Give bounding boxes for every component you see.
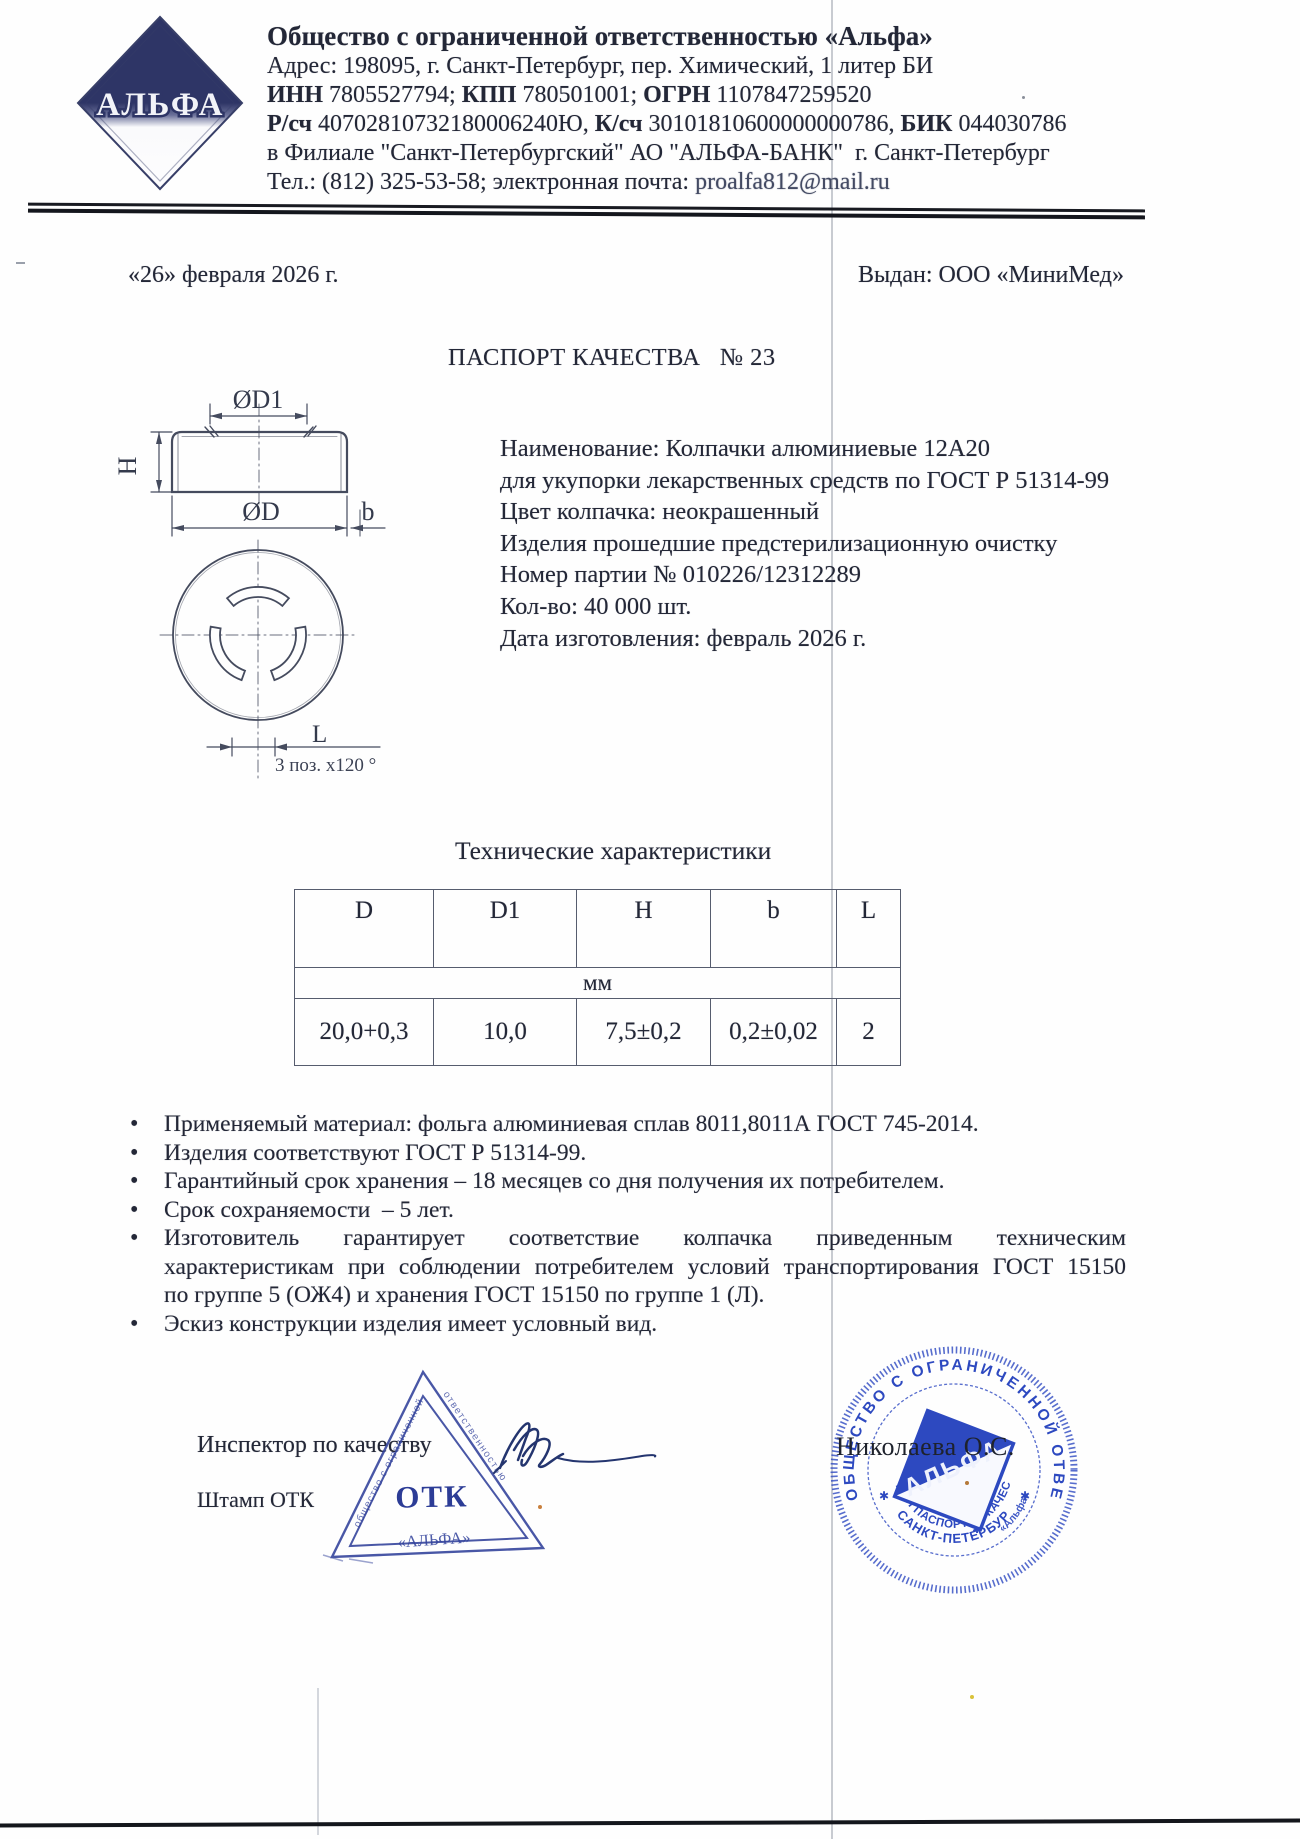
note-material: Применяемый материал: фольга алюминиевая…: [164, 1110, 1126, 1139]
dim-l: [207, 738, 380, 756]
quantity: Кол-во: 40 000 шт.: [500, 591, 1140, 623]
note-guarantee-line2: характеристикам при соблюдении потребите…: [164, 1253, 1126, 1282]
issued-to: Выдан: ООО «МиниМед»: [858, 262, 1124, 289]
spec-unit-row: мм: [295, 968, 901, 999]
bullet-icon: •: [112, 1310, 164, 1339]
header-divider: [28, 203, 1145, 220]
contacts: Тел.: (812) 325-53-58; электронная почта…: [267, 168, 1167, 197]
bullet-icon: •: [112, 1196, 164, 1225]
quality-passport-page: АЛЬФА Общество с ограниченной ответствен…: [0, 0, 1300, 1839]
letterhead: Общество с ограниченной ответственностью…: [267, 20, 1167, 197]
ogrn-value: 1107847259520: [710, 82, 871, 108]
bullet-icon: •: [112, 1224, 164, 1310]
dim-label-l: L: [312, 721, 327, 748]
kpp-label: КПП: [462, 82, 517, 108]
rs-label: Р/сч: [267, 111, 312, 137]
company-address: Адрес: 198095, г. Санкт-Петербург, пер. …: [267, 52, 1167, 81]
scan-speck: [965, 1481, 969, 1485]
scan-fold-line-short: [317, 1688, 319, 1835]
phone: Тел.: (812) 325-53-58; электронная почта…: [267, 169, 695, 195]
col-h: H: [577, 890, 711, 968]
note-guarantee: Изготовитель гарантирует соответствие ко…: [164, 1224, 1126, 1310]
inn-label: ИНН: [267, 82, 323, 108]
dim-label-d: ØD: [242, 497, 280, 526]
triangle-alfa-text: «АЛЬФА»: [397, 1527, 471, 1551]
ks-label: К/сч: [595, 111, 643, 137]
note-guarantee-line3: по группе 5 (ОЖ4) и хранения ГОСТ 15150 …: [164, 1281, 1126, 1310]
otk-text: ОТК: [395, 1478, 469, 1514]
rs-value: 40702810732180006240Ю,: [312, 111, 595, 137]
list-item: • Применяемый материал: фольга алюминиев…: [112, 1110, 1126, 1139]
bank-branch: в Филиале "Санкт-Петербургский" АО "АЛЬФ…: [267, 139, 1167, 168]
list-item: • Гарантийный срок хранения – 18 месяцев…: [112, 1167, 1126, 1196]
signature-strokes: [494, 1423, 655, 1473]
inn-value: 7805527794;: [323, 82, 462, 108]
dim-h: [151, 432, 172, 492]
list-item: • Срок сохраняемости – 5 лет.: [112, 1196, 1126, 1225]
bik-label: БИК: [901, 111, 953, 137]
list-item: • Изделия соответствуют ГОСТ Р 51314-99.: [112, 1139, 1126, 1168]
ogrn-label: ОГРН: [643, 82, 710, 108]
svg-text:✱: ✱: [1020, 1489, 1030, 1503]
note-warranty: Гарантийный срок хранения – 18 месяцев с…: [164, 1167, 1126, 1196]
bullet-icon: •: [112, 1139, 164, 1168]
product-name: Наименование: Колпачки алюминиевые 12А20: [500, 433, 1140, 465]
manufacture-date: Дата изготовления: февраль 2026 г.: [500, 623, 1140, 655]
svg-text:✱: ✱: [879, 1489, 889, 1503]
company-logo: АЛЬФА: [75, 14, 245, 192]
issue-date: «26» февраля 2026 г.: [128, 262, 339, 289]
list-item: • Эскиз конструкции изделия имеет условн…: [112, 1310, 1126, 1339]
scan-speck: [1022, 96, 1025, 99]
value-d1: 10,0: [434, 999, 577, 1066]
col-d: D: [295, 890, 434, 968]
bik-value: 044030786: [952, 111, 1066, 137]
company-bank: Р/сч 40702810732180006240Ю, К/сч 3010181…: [267, 110, 1167, 139]
notes-list: • Применяемый материал: фольга алюминиев…: [112, 1110, 1126, 1338]
unit-cell: мм: [295, 968, 901, 999]
bullet-icon: •: [112, 1110, 164, 1139]
cap-technical-drawing: ØD1 H ØD: [115, 370, 475, 810]
footer-rule: [0, 1819, 1300, 1828]
round-company-stamp: ОБЩЕСТВО С ОГРАНИЧЕННОЙ ОТВЕТСТВЕННОСТЬЮ…: [826, 1342, 1082, 1598]
batch-number: Номер партии № 010226/12312289: [500, 559, 1140, 591]
value-h: 7,5±0,2: [577, 999, 711, 1066]
list-item: • Изготовитель гарантирует соответствие …: [112, 1224, 1126, 1310]
dim-label-h: H: [115, 456, 142, 475]
company-name: Общество с ограниченной ответственностью…: [267, 20, 1167, 52]
tech-heading: Технические характеристики: [455, 836, 771, 866]
scan-speck: [970, 1695, 974, 1699]
product-gost: для укупорки лекарственных средств по ГО…: [500, 465, 1140, 497]
value-d: 20,0+0,3: [295, 999, 434, 1066]
drawing-note: 3 поз. х120 °: [275, 755, 376, 776]
note-compliance: Изделия соответствуют ГОСТ Р 51314-99.: [164, 1139, 1126, 1168]
otk-stamp-label: Штамп ОТК: [197, 1487, 314, 1513]
inspector-name: Николаева О.С.: [836, 1432, 1015, 1462]
spec-value-row: 20,0+0,3 10,0 7,5±0,2 0,2±0,02 2: [295, 999, 901, 1066]
value-l: 2: [837, 999, 901, 1066]
inspector-signature: [470, 1398, 670, 1488]
note-sketch: Эскиз конструкции изделия имеет условный…: [164, 1310, 1126, 1339]
col-l: L: [837, 890, 901, 968]
scan-speck: [16, 262, 25, 264]
dim-label-d1: ØD1: [233, 385, 284, 414]
cap-side-view: [172, 404, 347, 506]
note-shelf-life: Срок сохраняемости – 5 лет.: [164, 1196, 1126, 1225]
col-b: b: [711, 890, 837, 968]
value-b: 0,2±0,02: [711, 999, 837, 1066]
spec-header-row: D D1 H b L: [295, 890, 901, 968]
product-cleaning: Изделия прошедшие предстерилизационную о…: [500, 528, 1140, 560]
bullet-icon: •: [112, 1167, 164, 1196]
col-d1: D1: [434, 890, 577, 968]
product-description: Наименование: Колпачки алюминиевые 12А20…: [500, 433, 1140, 654]
ks-value: 30101810600000000786,: [643, 111, 901, 137]
note-guarantee-line1: Изготовитель гарантирует соответствие ко…: [164, 1224, 1126, 1253]
dim-label-b: b: [362, 497, 375, 526]
logo-wordmark: АЛЬФА: [96, 87, 224, 123]
document-title: ПАСПОРТ КАЧЕСТВА № 23: [448, 344, 776, 372]
product-color: Цвет колпачка: неокрашенный: [500, 496, 1140, 528]
email: proalfa812@mail.ru: [695, 169, 890, 195]
spec-table: D D1 H b L мм 20,0+0,3 10,0 7,5±0,2 0,2±…: [294, 889, 901, 1066]
scan-speck: [538, 1505, 542, 1509]
company-ids: ИНН 7805527794; КПП 780501001; ОГРН 1107…: [267, 81, 1167, 110]
kpp-value: 780501001;: [516, 82, 643, 108]
